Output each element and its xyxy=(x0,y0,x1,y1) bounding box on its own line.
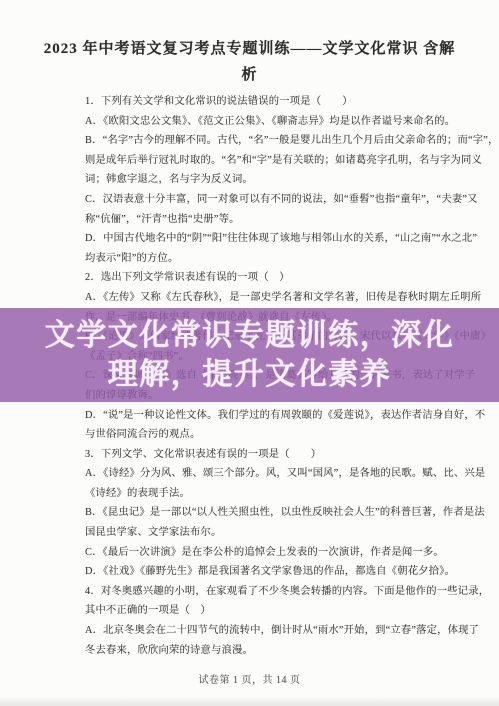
document-line: D．“说”是一种议论性文体。我们学过的有周敦颐的《爱莲说》，表达作者洁身自好，不 xyxy=(85,406,489,426)
document-line: A．《欧阳文忠公文集》、《范文正公集》、《聊斋志异》均是以作者谥号来命名的。 xyxy=(85,112,489,132)
document-line: 3．下列文学、文化常识表述有误的一项是（ ） xyxy=(85,445,489,465)
document-line: 1．下列有关文学和文化常识的说法错误的一项是（ ） xyxy=(85,92,489,112)
document-line: A．《诗经》分为风、雅、颂三个部分。风，又叫“国风”，是各地的民歌。赋、比、兴是 xyxy=(85,464,489,484)
document-line: C．《最后一次讲演》是在李公朴的追悼会上发表的一次演讲，作者是闻一多。 xyxy=(85,543,489,563)
document-line: 与世俗同流合污的观点。 xyxy=(85,425,489,445)
promo-banner-line2: 理解，提升文化素养 xyxy=(108,355,392,394)
document-line: 4．对冬奥感兴趣的小明，在家观看了不少冬奥会转播的内容。下面是他作的一些记录， xyxy=(85,582,489,602)
document-line: 其中不正确的一项是（ ） xyxy=(85,601,489,621)
page-title: 2023 年中考语文复习考点专题训练——文学文化常识 含解 析 xyxy=(0,36,499,88)
document-line: C．汉语表意十分丰富，同一对象可以有不同的说法，如“垂髫”也指“童年”，“夫妻”… xyxy=(85,190,489,210)
document-line: D．中国古代地名中的“阴”“阳”往往体现了该地与相邻山水的关系，“山之南”“水之… xyxy=(85,229,489,249)
document-line: 则是成年后举行冠礼时取的。“名”和“字”是有关联的；如诸葛亮字孔明，名与字为同义 xyxy=(85,151,489,171)
document-line: A．北京冬奥会在二十四节气的流转中，倒计时从“雨水”开始，到“立春”落定，体现了 xyxy=(85,621,489,641)
document-line: A．《左传》又称《左氏春秋》，是一部史学名著和文学名著，旧传是春秋时期左丘明所 xyxy=(85,288,489,308)
promo-banner-overlay: 文学文化常识专题训练，深化 理解，提升文化素养 xyxy=(0,308,499,402)
document-line: 称“伉俪”，“汗青”也指“史册”等。 xyxy=(85,210,489,230)
document-line: 2．选出下列文学常识表述有误的一项（ ） xyxy=(85,268,489,288)
document-line: 冬去春来，欣欣向荣的诗意与浪漫。 xyxy=(85,641,489,661)
page-footer: 试卷第 1 页，共 14 页 xyxy=(0,671,499,686)
document-line: 词；韩愈字退之，名与字为反义词。 xyxy=(85,170,489,190)
promo-banner-line1: 文学文化常识专题训练，深化 xyxy=(45,316,455,355)
document-line: 国昆虫学家、文学家法布尔。 xyxy=(85,523,489,543)
scan-edge-shadow xyxy=(0,697,499,706)
document-line: B．《昆虫记》是一部以“以人性关照虫性，以虫性反映社会人生”的科普巨著，作者是法 xyxy=(85,503,489,523)
document-line: D．《社戏》《藤野先生》都是我国著名文学家鲁迅的作品，都选自《朝花夕拾》。 xyxy=(85,562,489,582)
document-line: B．“名字”古今的理解不同。古代，“名”一般是婴儿出生几个月后由父亲命名的；而“… xyxy=(85,131,489,151)
page-title-line1: 2023 年中考语文复习考点专题训练——文学文化常识 含解 xyxy=(0,36,499,62)
document-line: 《诗经》的表现手法。 xyxy=(85,484,489,504)
document-line: 均表示“阳”的方位。 xyxy=(85,249,489,269)
scanned-exam-page: 2023 年中考语文复习考点专题训练——文学文化常识 含解 析 1．下列有关文学… xyxy=(0,0,499,706)
page-title-line2: 析 xyxy=(0,62,499,88)
